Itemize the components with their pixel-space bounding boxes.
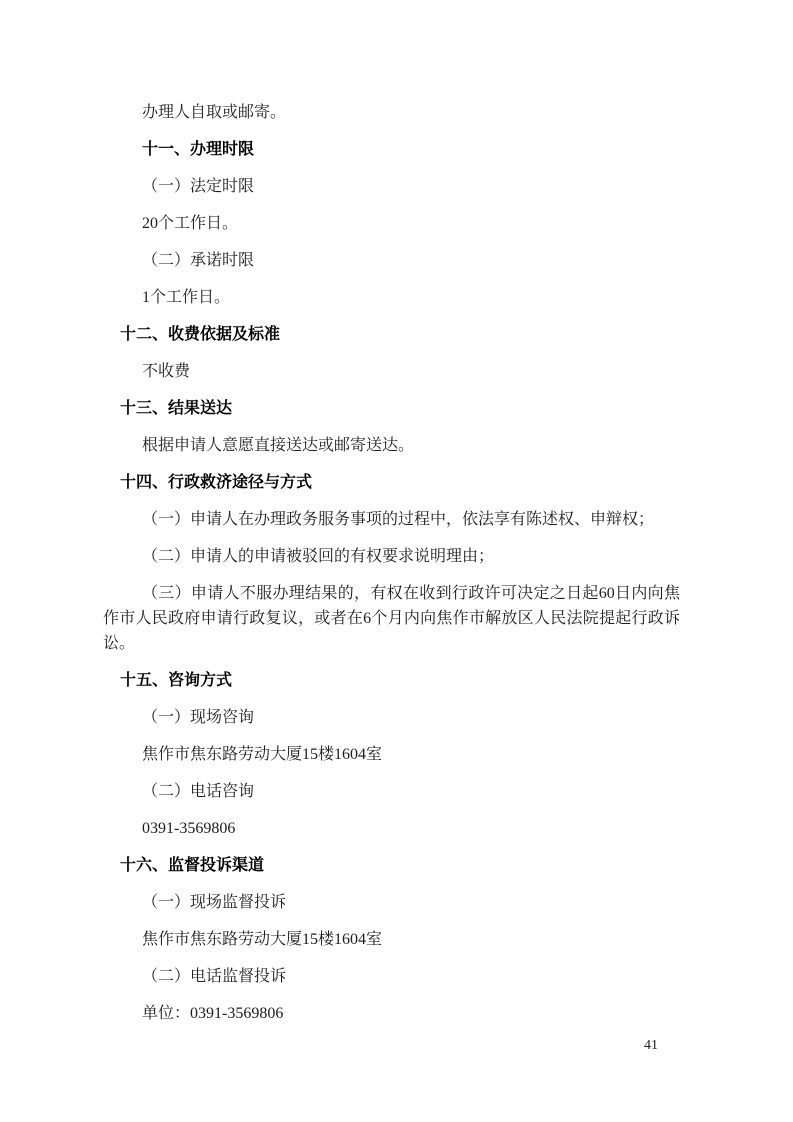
paragraph: （二）申请人的申请被驳回的有权要求说明理由； bbox=[103, 544, 680, 569]
paragraph: （一）现场咨询 bbox=[103, 705, 680, 730]
paragraph: 根据申请人意愿直接送达或邮寄送达。 bbox=[103, 433, 680, 458]
paragraph: 不收费 bbox=[103, 359, 680, 384]
section-heading: 十四、行政救济途径与方式 bbox=[103, 470, 680, 495]
document-page: 办理人自取或邮寄。十一、办理时限（一）法定时限20个工作日。（二）承诺时限1个工… bbox=[0, 0, 793, 1122]
section-heading: 十三、结果送达 bbox=[103, 396, 680, 421]
paragraph: （二）电话咨询 bbox=[103, 779, 680, 804]
section-heading: 十五、咨询方式 bbox=[103, 668, 680, 693]
paragraph: （一）法定时限 bbox=[103, 174, 680, 199]
section-heading: 十一、办理时限 bbox=[103, 137, 680, 162]
section-heading: 十二、收费依据及标准 bbox=[103, 322, 680, 347]
paragraph: 单位：0391-3569806 bbox=[103, 1001, 680, 1026]
paragraph: （三）申请人不服办理结果的，有权在收到行政许可决定之日起60日内向焦作市人民政府… bbox=[103, 581, 680, 656]
paragraph: （一）申请人在办理政务服务事项的过程中，依法享有陈述权、申辩权； bbox=[103, 507, 680, 532]
section-heading: 十六、监督投诉渠道 bbox=[103, 853, 680, 878]
paragraph: （二）承诺时限 bbox=[103, 248, 680, 273]
paragraph: 20个工作日。 bbox=[103, 211, 680, 236]
paragraph: 1个工作日。 bbox=[103, 285, 680, 310]
page-number: 41 bbox=[644, 1038, 658, 1054]
paragraph: （一）现场监督投诉 bbox=[103, 890, 680, 915]
paragraph: 0391-3569806 bbox=[103, 816, 680, 841]
paragraph: 焦作市焦东路劳动大厦15楼1604室 bbox=[103, 742, 680, 767]
paragraph: 办理人自取或邮寄。 bbox=[103, 100, 680, 125]
paragraph: 焦作市焦东路劳动大厦15楼1604室 bbox=[103, 927, 680, 952]
document-body: 办理人自取或邮寄。十一、办理时限（一）法定时限20个工作日。（二）承诺时限1个工… bbox=[103, 100, 680, 1038]
paragraph: （二）电话监督投诉 bbox=[103, 964, 680, 989]
